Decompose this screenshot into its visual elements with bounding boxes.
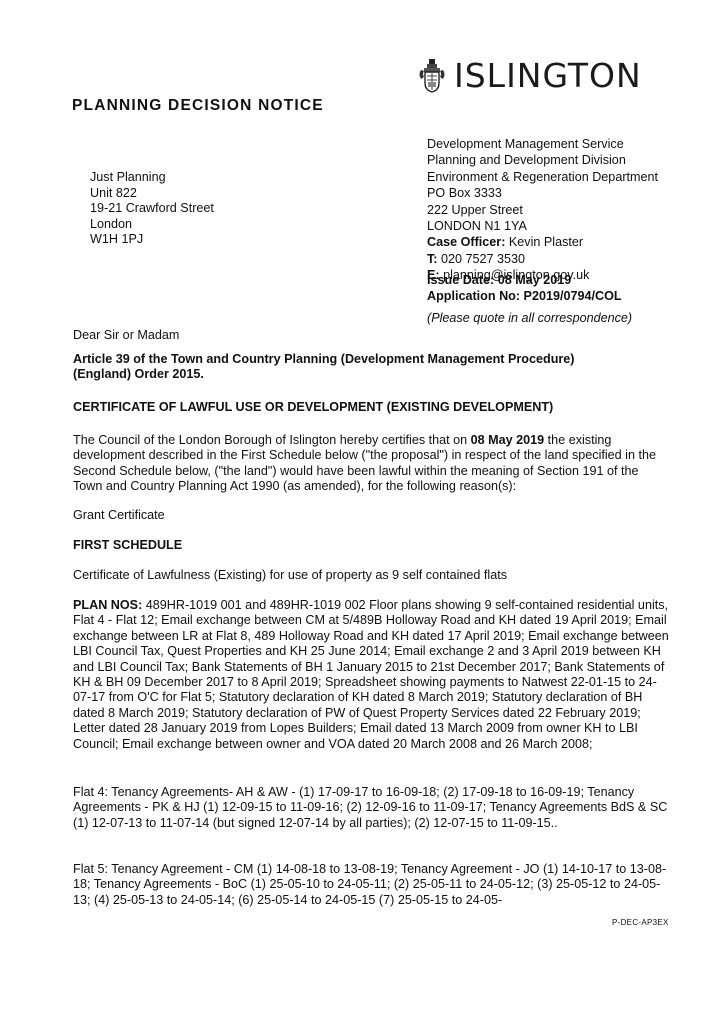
first-schedule-text: Certificate of Lawfulness (Existing) for…: [73, 568, 673, 583]
page-title: PLANNING DECISION NOTICE: [72, 97, 324, 115]
article-heading: Article 39 of the Town and Country Plann…: [73, 352, 613, 383]
coat-of-arms-icon: [418, 58, 446, 94]
certifies-date: 08 May 2019: [471, 433, 545, 447]
phone-label: T:: [427, 252, 438, 266]
case-officer: Case Officer: Kevin Plaster: [427, 234, 658, 250]
form-code: P-DEC-AP3EX: [612, 918, 669, 927]
phone: T: 020 7527 3530: [427, 251, 658, 267]
decision: Grant Certificate: [73, 508, 673, 523]
issue-date: Issue Date: 08 May 2019: [427, 272, 622, 288]
phone-number: 020 7527 3530: [438, 252, 526, 266]
certifies-pre: The Council of the London Borough of Isl…: [73, 433, 471, 447]
islington-logo: ISLINGTON: [418, 58, 642, 94]
office-line: LONDON N1 1YA: [427, 218, 658, 234]
plan-nos-label: PLAN NOS:: [73, 598, 142, 612]
certification-paragraph: The Council of the London Borough of Isl…: [73, 433, 668, 495]
case-officer-name: Kevin Plaster: [505, 235, 583, 249]
flat5-tenancies: Flat 5: Tenancy Agreement - CM (1) 14-08…: [73, 862, 669, 908]
office-address: Development Management Service Planning …: [427, 136, 658, 284]
issue-block: Issue Date: 08 May 2019 Application No: …: [427, 272, 622, 305]
recipient-line: London: [90, 217, 214, 233]
office-line: Environment & Regeneration Department: [427, 169, 658, 185]
office-line: Development Management Service: [427, 136, 658, 152]
flat4-tenancies: Flat 4: Tenancy Agreements- AH & AW - (1…: [73, 785, 669, 831]
first-schedule-heading: FIRST SCHEDULE: [73, 538, 673, 553]
plan-nos-text: 489HR-1019 001 and 489HR-1019 002 Floor …: [73, 598, 669, 751]
recipient-line: W1H 1PJ: [90, 232, 214, 248]
recipient-line: Unit 822: [90, 186, 214, 202]
recipient-line: Just Planning: [90, 170, 214, 186]
application-number: Application No: P2019/0794/COL: [427, 288, 622, 304]
quote-note: (Please quote in all correspondence): [427, 311, 632, 325]
office-line: Planning and Development Division: [427, 152, 658, 168]
recipient-line: 19-21 Crawford Street: [90, 201, 214, 217]
case-officer-label: Case Officer:: [427, 235, 505, 249]
islington-wordmark: ISLINGTON: [454, 58, 642, 94]
certificate-heading: CERTIFICATE OF LAWFUL USE OR DEVELOPMENT…: [73, 400, 673, 415]
recipient-address: Just Planning Unit 822 19-21 Crawford St…: [90, 170, 214, 248]
plan-numbers: PLAN NOS: 489HR-1019 001 and 489HR-1019 …: [73, 598, 669, 752]
office-line: PO Box 3333: [427, 185, 658, 201]
office-line: 222 Upper Street: [427, 202, 658, 218]
salutation: Dear Sir or Madam: [73, 328, 673, 343]
